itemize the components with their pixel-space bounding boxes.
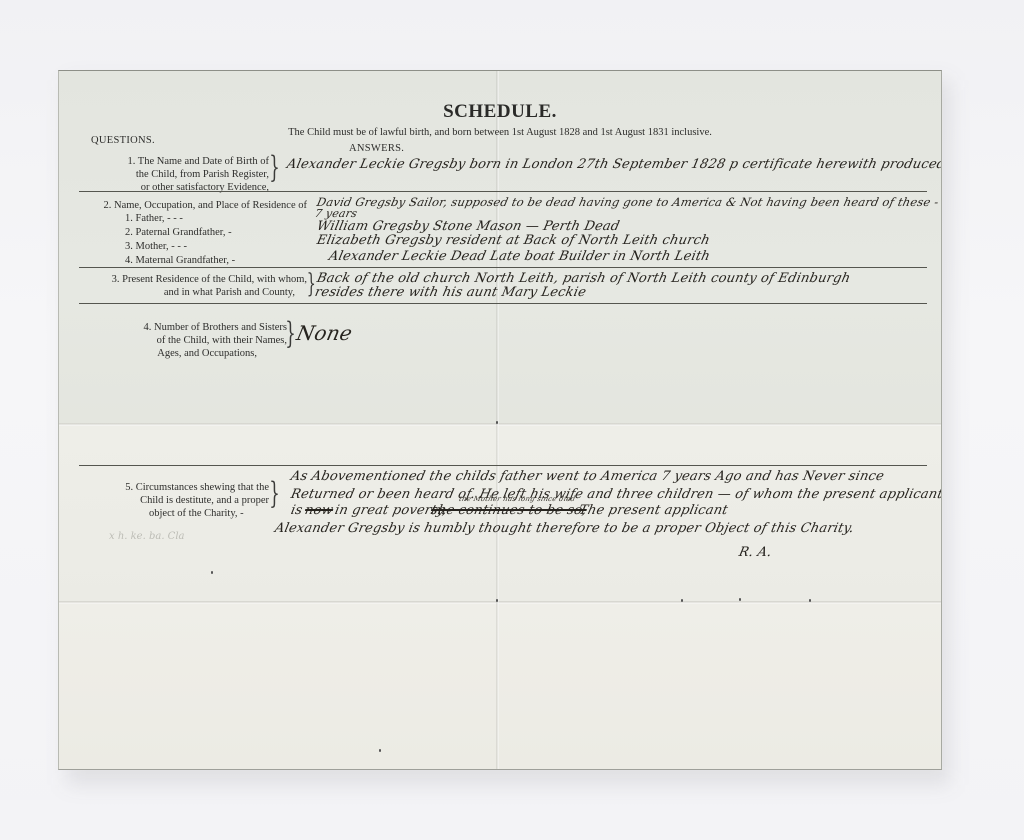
answer-4: None	[294, 321, 354, 345]
paper-speck	[809, 599, 811, 602]
answer-2-mother: Elizabeth Gregsby resident at Back of No…	[315, 233, 711, 248]
sub-item-maternal-grandfather: 4. Maternal Grandfather, -	[125, 254, 235, 268]
question-5-line: 5. Circumstances shewing that the	[79, 481, 269, 494]
question-1-line: or other satisfactory Evidence,	[79, 181, 269, 194]
paper-speck	[739, 598, 741, 601]
paper-panel-bottom	[59, 601, 941, 770]
question-3: 3. Present Residence of the Child, with …	[79, 273, 307, 299]
answer-5-struck-phrase: she continues to be so,	[429, 503, 588, 518]
paper-speck	[496, 421, 498, 424]
question-4-line: 4. Number of Brothers and Sisters	[79, 321, 287, 334]
brace-icon: }	[269, 153, 280, 183]
brace-icon: }	[269, 479, 280, 509]
sub-item-mother: 3. Mother, - - -	[125, 240, 235, 254]
question-1-line: 1. The Name and Date of Birth of	[79, 155, 269, 168]
answer-5-line-1: As Abovementioned the childs father went…	[289, 469, 885, 484]
paper-speck	[496, 599, 498, 602]
question-5: 5. Circumstances shewing that the Child …	[79, 481, 269, 520]
questions-heading: QUESTIONS.	[91, 135, 155, 146]
sub-item-paternal-grandfather: 2. Paternal Grandfather, -	[125, 226, 235, 240]
question-2-line: 2. Name, Occupation, and Place of Reside…	[79, 199, 307, 212]
question-2-sub-items: 1. Father, - - - 2. Paternal Grandfather…	[125, 212, 235, 268]
answer-5-line-2: Returned or been heard of. He left his w…	[289, 487, 942, 502]
vertical-fold-line	[496, 71, 499, 769]
answer-2-paternal-grandfather: William Gregsby Stone Mason — Perth Dead	[315, 219, 621, 234]
document-subtitle: The Child must be of lawful birth, and b…	[59, 127, 941, 138]
paper-speck	[681, 599, 683, 602]
question-2: 2. Name, Occupation, and Place of Reside…	[79, 199, 307, 212]
question-5-line: Child is destitute, and a proper	[79, 494, 269, 507]
answer-2-father: David Gregsby Sailor, supposed to be dea…	[316, 195, 941, 209]
question-4-line: Ages, and Occupations,	[79, 347, 287, 360]
question-4-line: of the Child, with their Names,	[79, 334, 287, 347]
question-3-line: and in what Parish and County,	[79, 286, 307, 299]
section-divider	[79, 303, 927, 304]
answer-3-guardian: resides there with his aunt Mary Leckie	[313, 285, 587, 300]
answer-2-maternal-grandfather: Alexander Leckie Dead Late boat Builder …	[327, 249, 711, 264]
signature-initials: R. A.	[737, 545, 773, 560]
answer-5-struck-word: now	[303, 503, 334, 518]
section-divider	[79, 267, 927, 268]
answers-heading: ANSWERS.	[349, 143, 404, 154]
section-divider	[79, 191, 927, 192]
answer-5-line-4: Alexander Gregsby is humbly thought ther…	[273, 521, 855, 536]
question-3-line: 3. Present Residence of the Child, with …	[79, 273, 307, 286]
schedule-document: SCHEDULE. The Child must be of lawful bi…	[58, 70, 942, 770]
sub-item-father: 1. Father, - - -	[125, 212, 235, 226]
section-divider	[79, 465, 927, 466]
document-title: SCHEDULE.	[59, 101, 941, 123]
pencil-margin-note: x h. ke. ba. Cla	[109, 531, 184, 542]
question-5-line: object of the Charity, -	[79, 507, 269, 520]
answer-3-residence: Back of the old church North Leith, pari…	[315, 271, 851, 286]
paper-speck	[211, 571, 213, 574]
answer-5-applicant: The present applicant	[577, 503, 729, 518]
answer-5-interlinear-note: the Mother has long since died	[458, 495, 576, 503]
question-1-line: the Child, from Parish Register,	[79, 168, 269, 181]
paper-speck	[379, 749, 381, 752]
question-1: 1. The Name and Date of Birth of the Chi…	[79, 155, 269, 194]
horizontal-fold-line	[59, 423, 941, 426]
question-4: 4. Number of Brothers and Sisters of the…	[79, 321, 287, 360]
answer-1: Alexander Leckie Gregsby born in London …	[285, 157, 942, 172]
